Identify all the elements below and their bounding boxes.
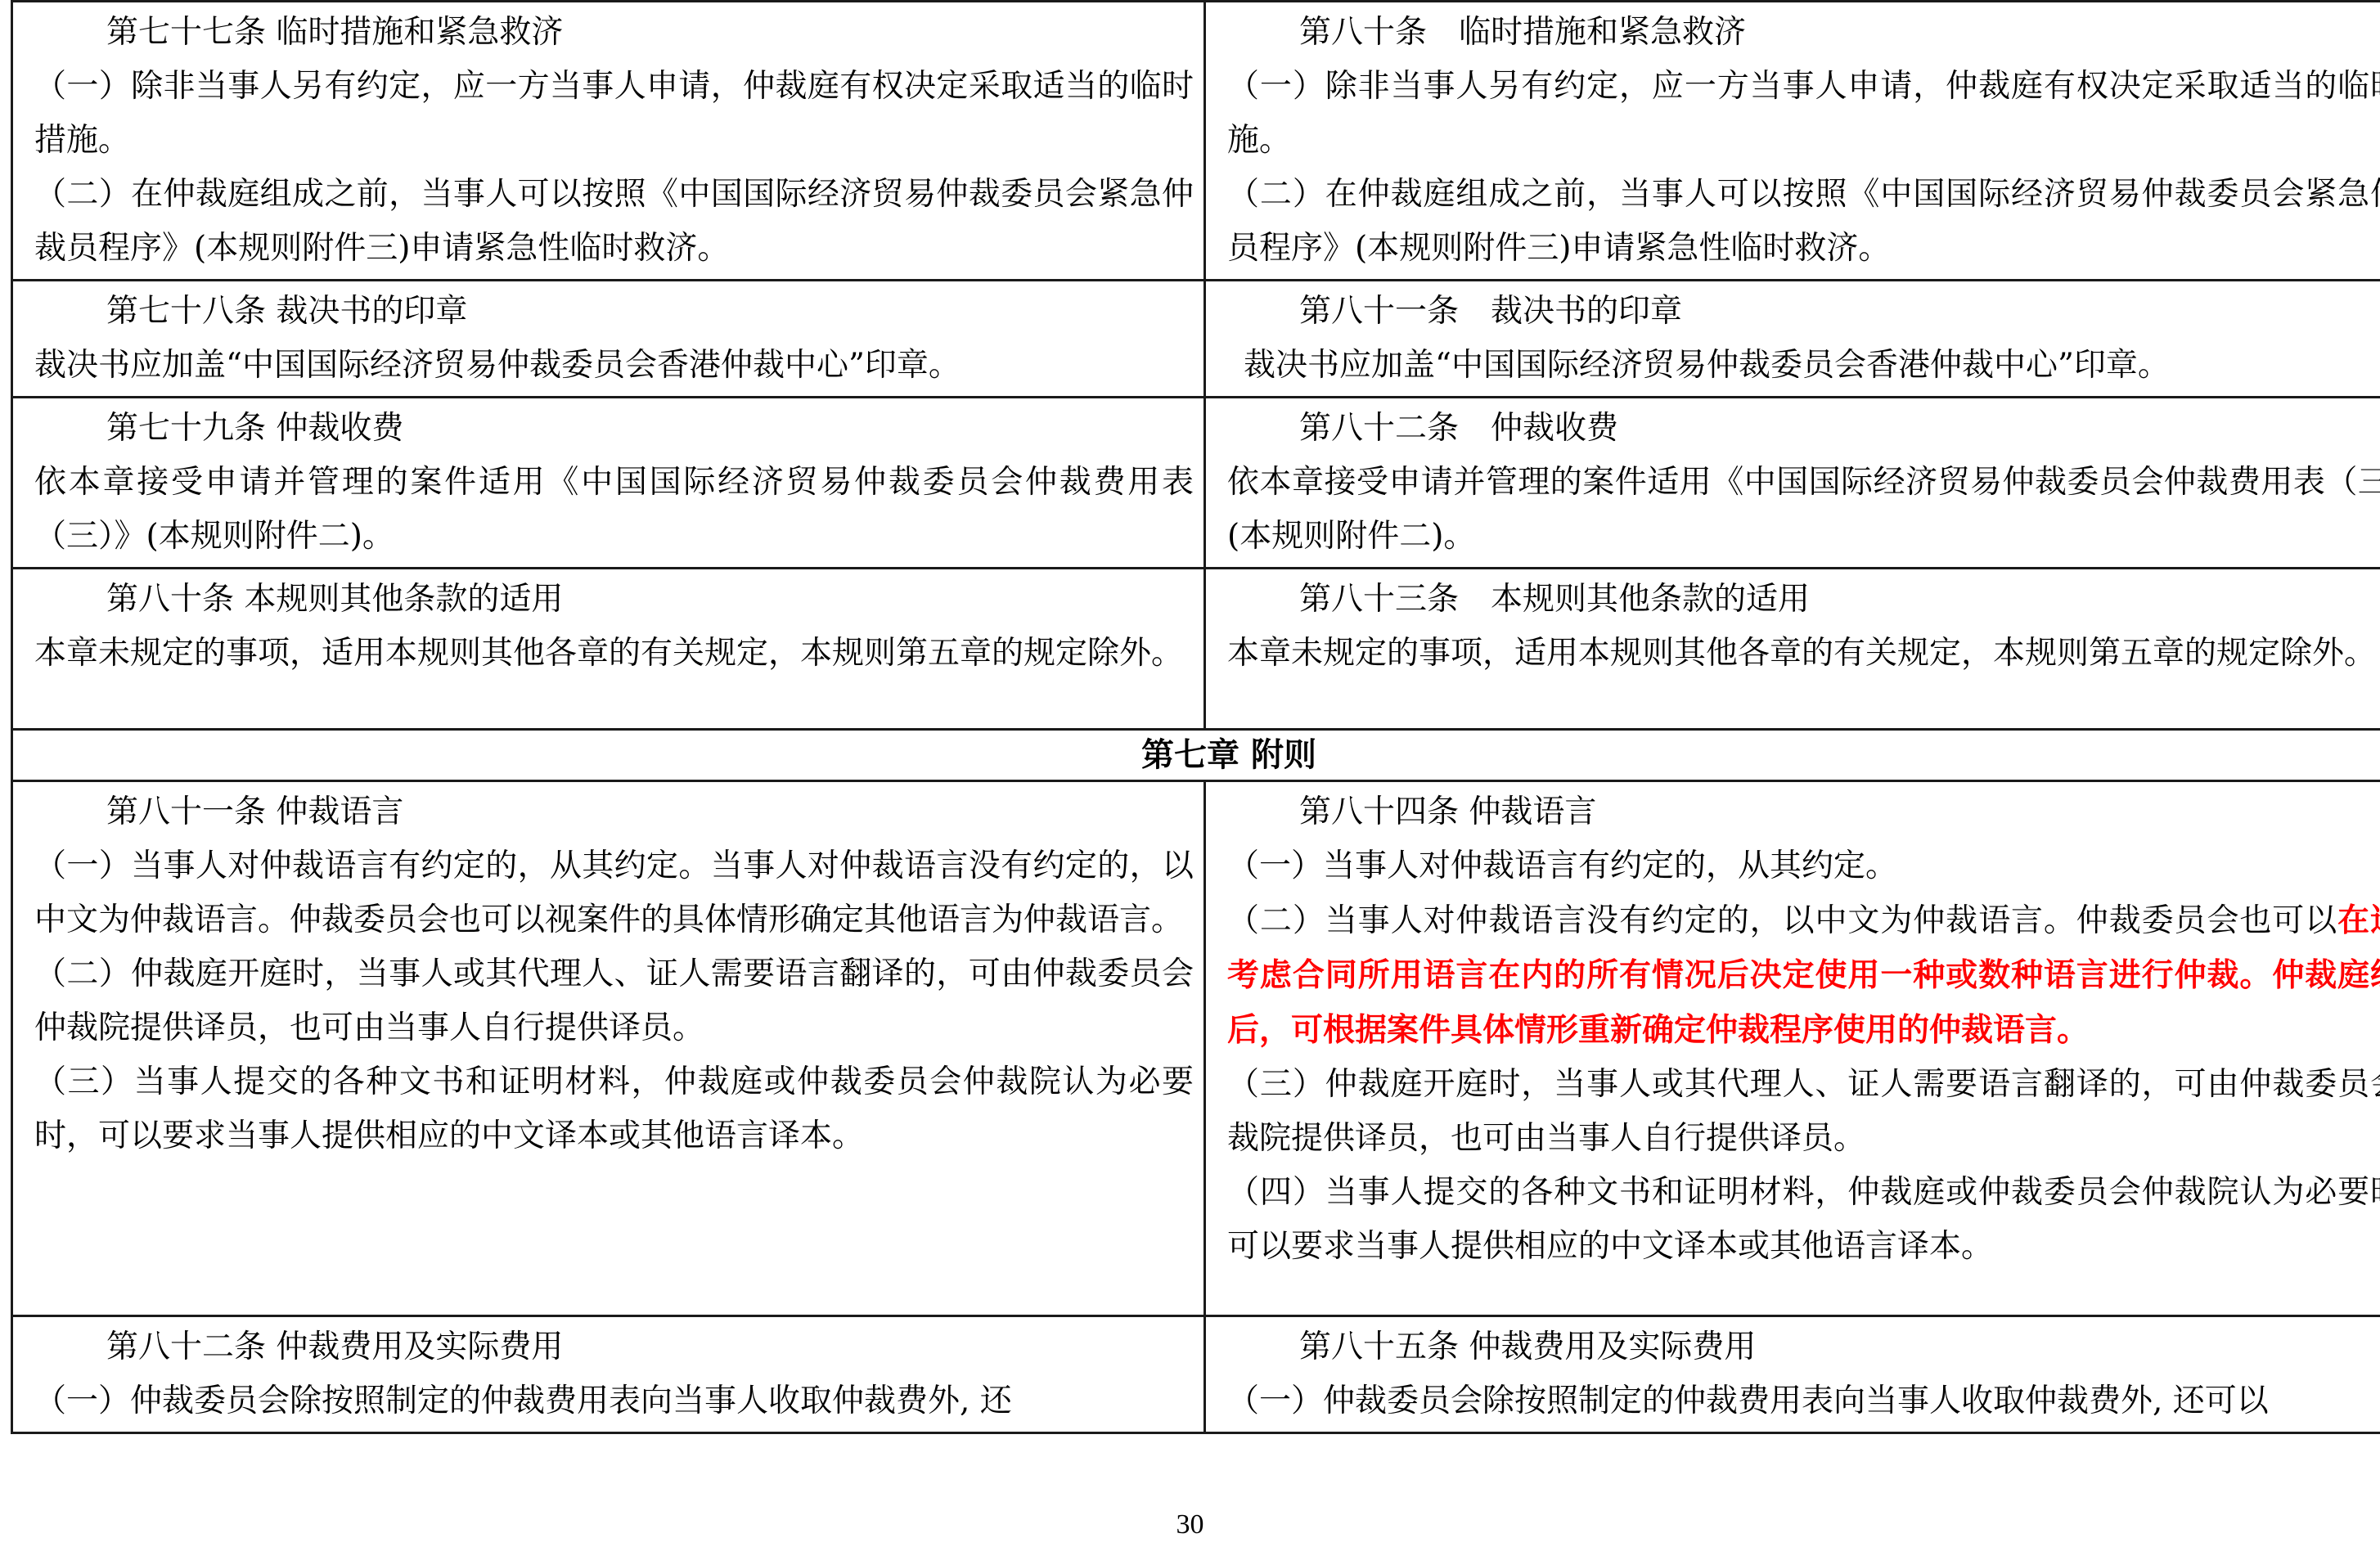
article-title: 第七十九条 仲裁收费 <box>34 402 1194 456</box>
paragraph: 本章未规定的事项，适用本规则其他各章的有关规定，本规则第五章的规定除外。 <box>34 627 1194 681</box>
comparison-table: 第七十七条 临时措施和紧急救济 （一）除非当事人另有约定，应一方当事人申请，仲裁… <box>11 0 2380 1434</box>
new-rule-cell: 第八十三条 本规则其他条款的适用 本章未规定的事项，适用本规则其他各章的有关规定… <box>1205 569 2380 730</box>
article-title: 第八十二条 仲裁收费 <box>1227 402 2380 456</box>
table-row-arbitration-language: 第八十一条 仲裁语言 （一）当事人对仲裁语言有约定的，从其约定。当事人对仲裁语言… <box>12 781 2380 1316</box>
old-rule-cell: 第七十九条 仲裁收费 依本章接受申请并管理的案件适用《中国国际经济贸易仲裁委员会… <box>12 398 1205 569</box>
new-rule-cell: 第八十五条 仲裁费用及实际费用 （一）仲裁委员会除按照制定的仲裁费用表向当事人收… <box>1205 1316 2380 1433</box>
paragraph: （一）除非当事人另有约定，应一方当事人申请，仲裁庭有权决定采取适当的临时措施。 <box>34 60 1194 168</box>
article-title: 第八十一条 仲裁语言 <box>34 785 1194 839</box>
new-rule-cell: 第八十二条 仲裁收费 依本章接受申请并管理的案件适用《中国国际经济贸易仲裁委员会… <box>1205 398 2380 569</box>
article-title: 第八十四条 仲裁语言 <box>1227 785 2380 839</box>
paragraph: 裁决书应加盖“中国国际经济贸易仲裁委员会香港仲裁中心”印章。 <box>34 339 1194 393</box>
paragraph: （二）在仲裁庭组成之前，当事人可以按照《中国国际经济贸易仲裁委员会紧急仲裁员程序… <box>34 168 1194 276</box>
paragraph: （二）仲裁庭开庭时，当事人或其代理人、证人需要语言翻译的，可由仲裁委员会仲裁院提… <box>34 947 1194 1055</box>
paragraph: （一）当事人对仲裁语言有约定的，从其约定。 <box>1227 839 2380 893</box>
article-title: 第八十一条 裁决书的印章 <box>1227 285 2380 339</box>
paragraph-with-amendment: （二）当事人对仲裁语言没有约定的，以中文为仲裁语言。仲裁委员会也可以在适当考虑合… <box>1227 893 2380 1058</box>
table-row-arbitration-fees: 第八十二条 仲裁费用及实际费用 （一）仲裁委员会除按照制定的仲裁费用表向当事人收… <box>12 1316 2380 1433</box>
table-row-article-80: 第八十条 本规则其他条款的适用 本章未规定的事项，适用本规则其他各章的有关规定，… <box>12 569 2380 730</box>
paragraph: 裁决书应加盖“中国国际经济贸易仲裁委员会香港仲裁中心”印章。 <box>1227 339 2380 393</box>
chapter-heading-row: 第七章 附则 <box>12 730 2380 781</box>
paragraph: （一）仲裁委员会除按照制定的仲裁费用表向当事人收取仲裁费外, 还 <box>34 1374 1194 1428</box>
paragraph: （三）仲裁庭开庭时，当事人或其代理人、证人需要语言翻译的，可由仲裁委员会仲裁院提… <box>1227 1058 2380 1166</box>
paragraph: 本章未规定的事项，适用本规则其他各章的有关规定，本规则第五章的规定除外。 <box>1227 627 2380 681</box>
table-row-article-77: 第七十七条 临时措施和紧急救济 （一）除非当事人另有约定，应一方当事人申请，仲裁… <box>12 2 2380 281</box>
article-title: 第八十条 临时措施和紧急救济 <box>1227 6 2380 60</box>
paragraph: （二）在仲裁庭组成之前，当事人可以按照《中国国际经济贸易仲裁委员会紧急仲裁员程序… <box>1227 168 2380 276</box>
article-title: 第七十七条 临时措施和紧急救济 <box>34 6 1194 60</box>
page-number: 30 <box>0 1509 2380 1540</box>
paragraph: 依本章接受申请并管理的案件适用《中国国际经济贸易仲裁委员会仲裁费用表（三）》(本… <box>34 456 1194 564</box>
paragraph-prefix: （二）当事人对仲裁语言没有约定的，以中文为仲裁语言。仲裁委员会也可以 <box>1227 902 2337 939</box>
article-title: 第八十五条 仲裁费用及实际费用 <box>1227 1320 2380 1374</box>
old-rule-cell: 第七十八条 裁决书的印章 裁决书应加盖“中国国际经济贸易仲裁委员会香港仲裁中心”… <box>12 281 1205 398</box>
article-title: 第八十二条 仲裁费用及实际费用 <box>34 1320 1194 1374</box>
article-title: 第八十条 本规则其他条款的适用 <box>34 573 1194 627</box>
paragraph: （三）当事人提交的各种文书和证明材料，仲裁庭或仲裁委员会仲裁院认为必要时，可以要… <box>34 1055 1194 1163</box>
new-rule-cell: 第八十条 临时措施和紧急救济 （一）除非当事人另有约定，应一方当事人申请，仲裁庭… <box>1205 2 2380 281</box>
new-rule-cell: 第八十四条 仲裁语言 （一）当事人对仲裁语言有约定的，从其约定。 （二）当事人对… <box>1205 781 2380 1316</box>
old-rule-cell: 第八十二条 仲裁费用及实际费用 （一）仲裁委员会除按照制定的仲裁费用表向当事人收… <box>12 1316 1205 1433</box>
old-rule-cell: 第八十一条 仲裁语言 （一）当事人对仲裁语言有约定的，从其约定。当事人对仲裁语言… <box>12 781 1205 1316</box>
new-rule-cell: 第八十一条 裁决书的印章 裁决书应加盖“中国国际经济贸易仲裁委员会香港仲裁中心”… <box>1205 281 2380 398</box>
table-row-article-78: 第七十八条 裁决书的印章 裁决书应加盖“中国国际经济贸易仲裁委员会香港仲裁中心”… <box>12 281 2380 398</box>
article-title: 第七十八条 裁决书的印章 <box>34 285 1194 339</box>
old-rule-cell: 第八十条 本规则其他条款的适用 本章未规定的事项，适用本规则其他各章的有关规定，… <box>12 569 1205 730</box>
table-row-article-79: 第七十九条 仲裁收费 依本章接受申请并管理的案件适用《中国国际经济贸易仲裁委员会… <box>12 398 2380 569</box>
old-rule-cell: 第七十七条 临时措施和紧急救济 （一）除非当事人另有约定，应一方当事人申请，仲裁… <box>12 2 1205 281</box>
article-title: 第八十三条 本规则其他条款的适用 <box>1227 573 2380 627</box>
paragraph: （四）当事人提交的各种文书和证明材料，仲裁庭或仲裁委员会仲裁院认为必要时，可以要… <box>1227 1166 2380 1274</box>
paragraph: （一）当事人对仲裁语言有约定的，从其约定。当事人对仲裁语言没有约定的，以中文为仲… <box>34 839 1194 947</box>
paragraph: （一）仲裁委员会除按照制定的仲裁费用表向当事人收取仲裁费外, 还可以 <box>1227 1374 2380 1428</box>
paragraph: （一）除非当事人另有约定，应一方当事人申请，仲裁庭有权决定采取适当的临时措施。 <box>1227 60 2380 168</box>
chapter-heading: 第七章 附则 <box>12 730 2380 781</box>
paragraph: 依本章接受申请并管理的案件适用《中国国际经济贸易仲裁委员会仲裁费用表（三)》(本… <box>1227 456 2380 564</box>
